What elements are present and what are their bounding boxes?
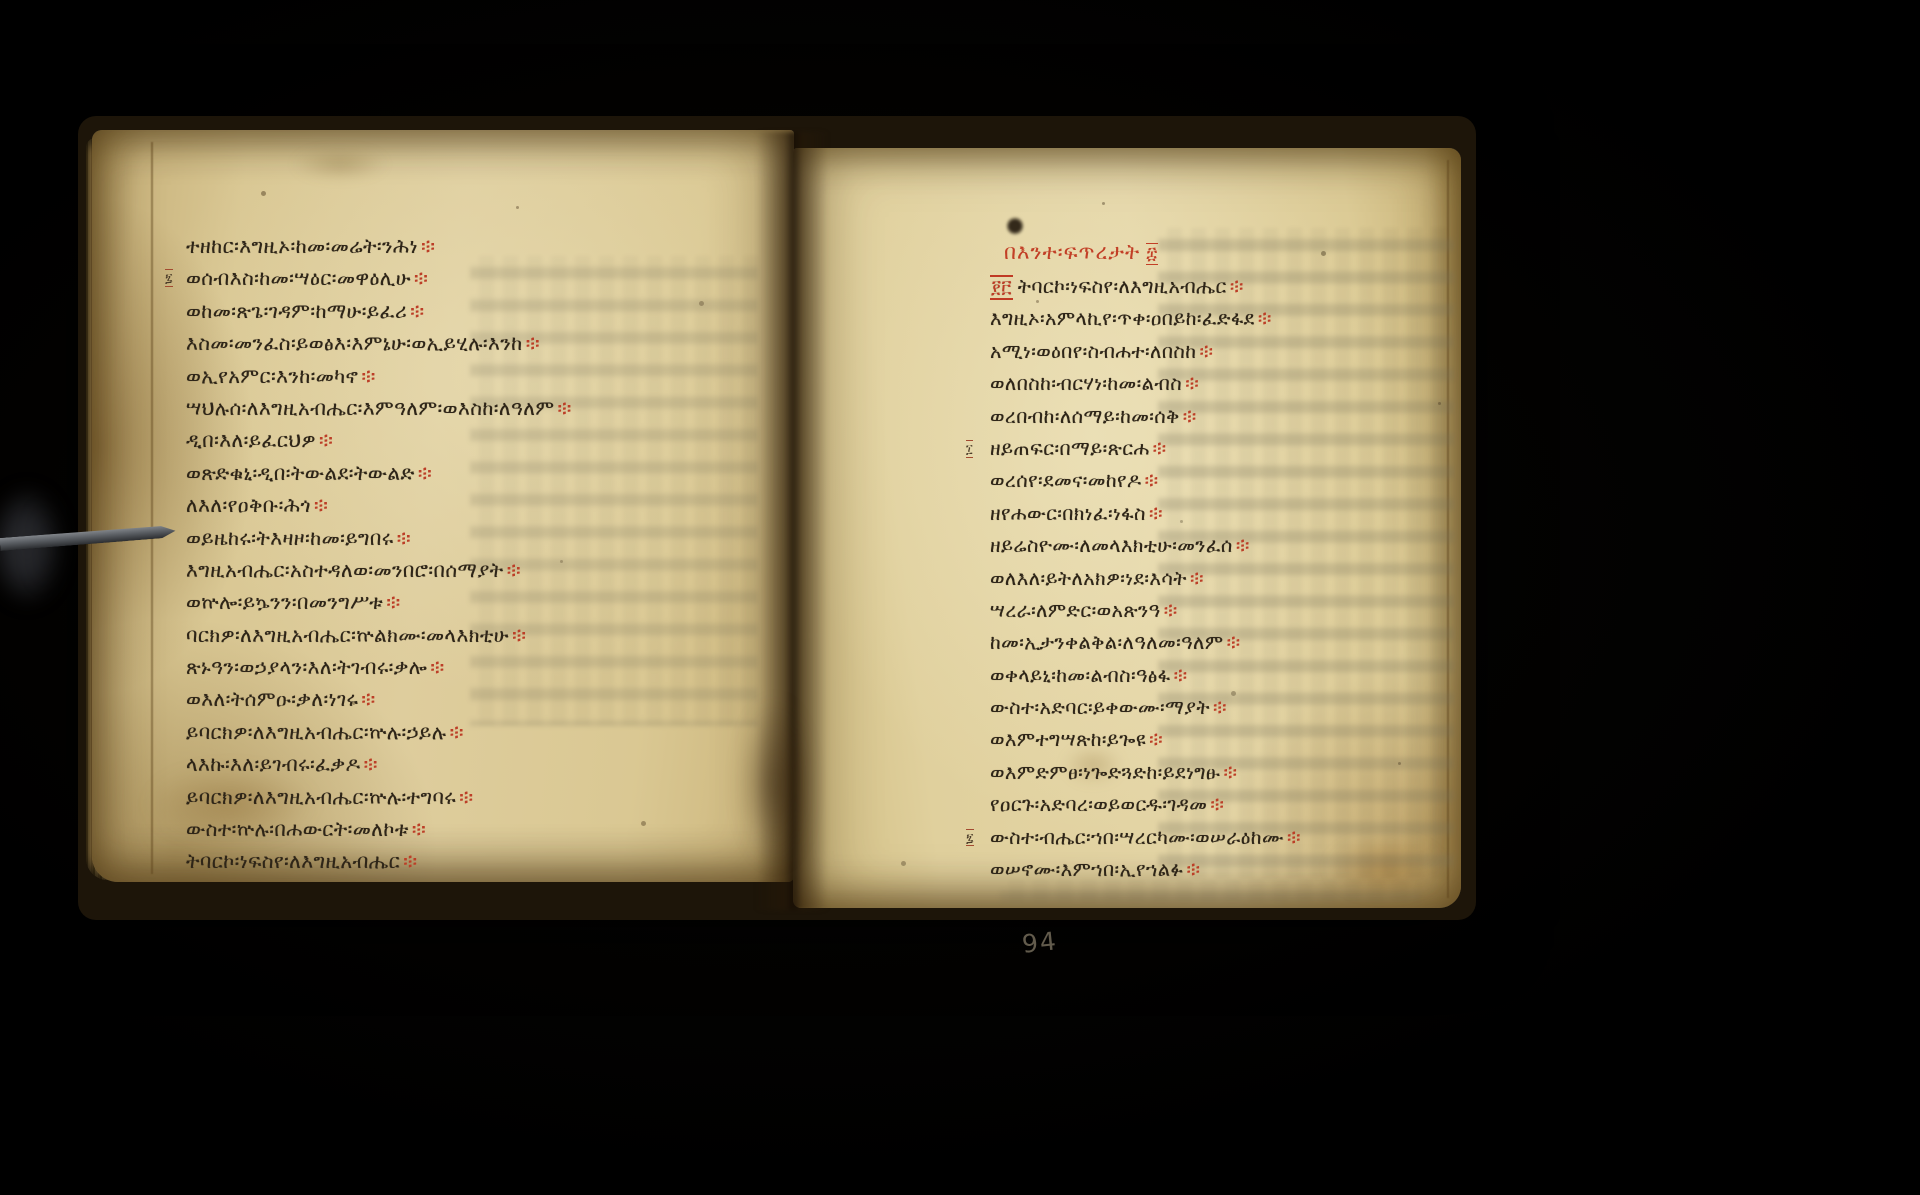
verse-end-cross: ፨	[316, 428, 333, 452]
manuscript-line: ይባርክዎ፡ለእግዚአብሔር፡ኵሉ፡ተግባሩ፨	[186, 781, 572, 813]
verse-end-cross: ፨	[361, 752, 378, 776]
verse-end-cross: ፨	[1142, 469, 1159, 492]
verse-end-cross: ፨	[394, 526, 411, 550]
line-text: ወጽድቁኒ፡ዲበ፡ትውልደ፡ትውልድ	[186, 461, 415, 485]
verse-end-cross: ፨	[1223, 631, 1240, 654]
line-text: ወይዜከሩ፡ትእዛዞ፡ከመ፡ይግበሩ	[186, 526, 394, 550]
verse-end-cross: ፨	[358, 364, 375, 388]
manuscript-line: ከመ፡ኢታንቀልቅል፡ለዓለመ፡ዓለም፨	[990, 627, 1301, 659]
verse-end-cross: ፨	[427, 655, 444, 679]
line-text: ውስተ፡ኵሉ፡በሐውርት፡መለኮቱ	[186, 817, 409, 841]
margin-numeral-mark: ፯	[165, 269, 173, 287]
line-text: ወረበብከ፡ለሰማይ፡ከመ፡ሰቅ	[990, 405, 1180, 428]
line-text: ወሠኖሙ፡እምኀበ፡ኢየኀልፉ	[990, 858, 1183, 881]
verse-end-cross: ፨	[358, 687, 375, 711]
manuscript-line: ፻፫ትባርኮ፡ነፍስየ፡ለእግዚአብሔር፨	[990, 271, 1301, 303]
manuscript-line: ወለበስከ፡ብርሃነ፡ከመ፡ልብስ፨	[990, 368, 1301, 400]
chapter-heading-rubric: በእንተ፡ፍጥረታት፰	[1004, 236, 1158, 268]
chapter-heading-text: በእንተ፡ፍጥረታት	[1004, 240, 1140, 264]
line-text: ይባርክዎ፡ለእግዚአብሔር፡ኵሉ፡ተግባሩ	[186, 785, 456, 809]
verse-end-cross: ፨	[1146, 502, 1163, 525]
manuscript-line: ውስተ፡ኵሉ፡በሐውርት፡መለኮቱ፨	[186, 813, 572, 845]
manuscript-line: ዘየሐውር፡በክነፈ፡ነፋስ፨	[990, 498, 1301, 530]
line-text: ወእለ፡ትሰምዑ፡ቃለ፡ነገሩ	[186, 687, 358, 711]
line-text: እግዚአብሔር፡አስተዳለወ፡መንበሮ፡በሰማያት	[186, 558, 504, 582]
manuscript-line: ወሰብእስ፡ከመ፡ሣዕር፡መዋዕሊሁ፨	[186, 262, 572, 294]
verse-end-cross: ፨	[1182, 372, 1199, 395]
line-text: ዲበ፡እለ፡ይፈርህዎ	[186, 428, 316, 452]
verse-end-cross: ፨	[415, 461, 432, 485]
verse-end-cross: ፨	[456, 785, 473, 809]
line-text: ወቀላይኒ፡ከመ፡ልብስ፡ዓፅፋ	[990, 664, 1170, 687]
line-text: ወኢየአምር፡እንከ፡መካኖ	[186, 364, 358, 388]
book-spine-gutter	[756, 132, 828, 910]
manuscript-line: ወሠኖሙ፡እምኀበ፡ኢየኀልፉ፨	[990, 854, 1301, 886]
line-text: እግዚኦ፡አምላኪየ፡ጥቀ፡ዐበይከ፡ፈድፋደ	[990, 307, 1255, 330]
verse-end-cross: ፨	[411, 266, 428, 290]
line-text: እስመ፡መንፈስ፡ይወፅእ፡እምኔሁ፡ወኢይሂሉ፡እንከ	[186, 331, 523, 355]
manuscript-line: እግዚአብሔር፡አስተዳለወ፡መንበሮ፡በሰማያት፨	[186, 554, 572, 586]
manuscript-line: ወቀላይኒ፡ከመ፡ልብስ፡ዓፅፋ፨	[990, 660, 1301, 692]
manuscript-line: ዲበ፡እለ፡ይፈርህዎ፨	[186, 424, 572, 456]
line-text: ወከመ፡ጽጌ፡ገዳም፡ከማሁ፡ይፈሪ	[186, 299, 407, 323]
line-text: ትባርኮ፡ነፍስየ፡ለእግዚአብሔር	[186, 849, 400, 873]
verse-end-cross: ፨	[1207, 793, 1224, 816]
photo-stage: ተዘከር፡እግዚኦ፡ከመ፡መሬት፡ንሕነ፨ወሰብእስ፡ከመ፡ሣዕር፡መዋዕሊሁ፨…	[0, 0, 1920, 1195]
manuscript-line: ውስተ፡አድባር፡ይቀውሙ፡ማያት፨	[990, 692, 1301, 724]
manuscript-line: ጽኑዓን፡ወኃያላን፡እለ፡ትገብሩ፡ቃሎ፨	[186, 651, 572, 683]
verse-end-cross: ፨	[1187, 567, 1204, 590]
line-text: ወለእለ፡ይትለአክዎ፡ነደ፡እሳት	[990, 567, 1187, 590]
line-text: ሣረራ፡ለምድር፡ወአጽንዓ	[990, 599, 1161, 622]
verse-end-cross: ፨	[504, 558, 521, 582]
pencil-page-number: 94	[1021, 926, 1060, 959]
line-text: ውስተ፡ብሔር፡ኀበ፡ሣረርካሙ፡ወሠራዕከሙ	[990, 826, 1284, 849]
manuscript-line: እግዚኦ፡አምላኪየ፡ጥቀ፡ዐበይከ፡ፈድፋደ፨	[990, 303, 1301, 335]
verse-end-cross: ፨	[409, 817, 426, 841]
line-text: ወኵሎ፡ይኴንን፡በመንግሥቱ	[186, 590, 383, 614]
right-page-crease	[1447, 160, 1449, 898]
manuscript-line: ወይዜከሩ፡ትእዛዞ፡ከመ፡ይግበሩ፨	[186, 522, 572, 554]
line-text: ትባርኮ፡ነፍስየ፡ለእግዚአብሔር	[1018, 275, 1227, 298]
verse-end-cross: ፨	[523, 331, 540, 355]
manuscript-line: ወለእለ፡ይትለአክዎ፡ነደ፡እሳት፨	[990, 563, 1301, 595]
verse-end-cross: ፨	[1146, 728, 1163, 751]
manuscript-line: ወእምድምፀ፡ነጐድጓድከ፡ይደነግፁ፨	[990, 757, 1301, 789]
line-text: ውስተ፡አድባር፡ይቀውሙ፡ማያት	[990, 696, 1210, 719]
line-text: ጽኑዓን፡ወኃያላን፡እለ፡ትገብሩ፡ቃሎ	[186, 655, 427, 679]
manuscript-line: ወከመ፡ጽጌ፡ገዳም፡ከማሁ፡ይፈሪ፨	[186, 295, 572, 327]
ink-specks	[0, 0, 3, 3]
line-text: ለእለ፡የዐቅቡ፡ሕጎ	[186, 493, 311, 517]
verse-end-cross: ፨	[554, 396, 571, 420]
verse-end-cross: ፨	[1150, 437, 1167, 460]
right-page-text-column: ፻፫ትባርኮ፡ነፍስየ፡ለእግዚአብሔር፨እግዚኦ፡አምላኪየ፡ጥቀ፡ዐበይከ፡…	[990, 271, 1301, 886]
manuscript-line: ላእኩ፡እለ፡ይገብሩ፡ፈቃዶ፨	[186, 748, 572, 780]
manuscript-line: ሣረራ፡ለምድር፡ወአጽንዓ፨	[990, 595, 1301, 627]
manuscript-line: ወኢየአምር፡እንከ፡መካኖ፨	[186, 360, 572, 392]
line-text: ይባርክዎ፡ለእግዚአብሔር፡ኵሉ፡ኃይሉ	[186, 720, 446, 744]
manuscript-line: ባርክዎ፡ለእግዚአብሔር፡ኵልክሙ፡መላእክቲሁ፨	[186, 619, 572, 651]
manuscript-line: ወረሰየ፡ደመና፡መከየዶ፨	[990, 465, 1301, 497]
verse-end-cross: ፨	[1233, 534, 1250, 557]
verse-end-cross: ፨	[383, 590, 400, 614]
line-text: ዘየሐውር፡በክነፈ፡ነፋስ	[990, 502, 1146, 525]
line-text: የዐርጉ፡አድባረ፡ወይወርዱ፡ገዳመ	[990, 793, 1207, 816]
manuscript-line: ተዘከር፡እግዚኦ፡ከመ፡መሬት፡ንሕነ፨	[186, 230, 572, 262]
line-text: አሚነ፡ወዕበየ፡ስብሐተ፡ለበስከ	[990, 340, 1196, 363]
line-text: ወሰብእስ፡ከመ፡ሣዕር፡መዋዕሊሁ	[186, 266, 411, 290]
manuscript-line: ወኵሎ፡ይኴንን፡በመንግሥቱ፨	[186, 586, 572, 618]
margin-numeral-mark: ፲	[966, 440, 973, 458]
manuscript-line: ሣህሉሰ፡ለእግዚአብሔር፡እምዓለም፡ወእስከ፡ለዓለም፨	[186, 392, 572, 424]
manuscript-line: እስመ፡መንፈስ፡ይወፅእ፡እምኔሁ፡ወኢይሂሉ፡እንከ፨	[186, 327, 572, 359]
manuscript-line: ወእምተግሣጽከ፡ይጐዩ፨	[990, 724, 1301, 756]
manuscript-line: ይባርክዎ፡ለእግዚአብሔር፡ኵሉ፡ኃይሉ፨	[186, 716, 572, 748]
margin-numeral-mark: ፯	[966, 829, 974, 847]
verse-end-cross: ፨	[1220, 761, 1237, 784]
manuscript-line: ዘይጠፍር፡በማይ፡ጽርሐ፨	[990, 433, 1301, 465]
line-text: ከመ፡ኢታንቀልቅል፡ለዓለመ፡ዓለም	[990, 631, 1223, 654]
verse-end-cross: ፨	[1183, 858, 1200, 881]
line-text: ሣህሉሰ፡ለእግዚአብሔር፡እምዓለም፡ወእስከ፡ለዓለም	[186, 396, 554, 420]
verse-end-cross: ፨	[1196, 340, 1213, 363]
left-page-text-column: ተዘከር፡እግዚኦ፡ከመ፡መሬት፡ንሕነ፨ወሰብእስ፡ከመ፡ሣዕር፡መዋዕሊሁ፨…	[186, 230, 572, 878]
verse-end-cross: ፨	[446, 720, 463, 744]
line-text: ወረሰየ፡ደመና፡መከየዶ	[990, 469, 1142, 492]
line-text: ወእምተግሣጽከ፡ይጐዩ	[990, 728, 1146, 751]
line-text: ተዘከር፡እግዚኦ፡ከመ፡መሬት፡ንሕነ	[186, 234, 418, 258]
verse-end-cross: ፨	[400, 849, 417, 873]
manuscript-line: ወረበብከ፡ለሰማይ፡ከመ፡ሰቅ፨	[990, 401, 1301, 433]
manuscript-line: የዐርጉ፡አድባረ፡ወይወርዱ፡ገዳመ፨	[990, 789, 1301, 821]
verse-end-cross: ፨	[1161, 599, 1178, 622]
verse-end-cross: ፨	[1210, 696, 1227, 719]
verse-end-cross: ፨	[407, 299, 424, 323]
line-text: ባርክዎ፡ለእግዚአብሔር፡ኵልክሙ፡መላእክቲሁ	[186, 623, 509, 647]
verse-end-cross: ፨	[509, 623, 526, 647]
manuscript-line: ለእለ፡የዐቅቡ፡ሕጎ፨	[186, 489, 572, 521]
manuscript-line: ወእለ፡ትሰምዑ፡ቃለ፡ነገሩ፨	[186, 683, 572, 715]
line-text: ላእኩ፡እለ፡ይገብሩ፡ፈቃዶ	[186, 752, 361, 776]
manuscript-line: ወጽድቁኒ፡ዲበ፡ትውልደ፡ትውልድ፨	[186, 457, 572, 489]
heading-ornament: ፰	[1146, 243, 1158, 265]
verse-end-cross: ፨	[311, 493, 328, 517]
verse-end-cross: ፨	[1284, 826, 1301, 849]
manuscript-line: ውስተ፡ብሔር፡ኀበ፡ሣረርካሙ፡ወሠራዕከሙ፨	[990, 822, 1301, 854]
psalm-number-rubric: ፻፫	[990, 275, 1013, 300]
line-text: ወለበስከ፡ብርሃነ፡ከመ፡ልብስ	[990, 372, 1182, 395]
manuscript-line: አሚነ፡ወዕበየ፡ስብሐተ፡ለበስከ፨	[990, 336, 1301, 368]
manuscript-line: ዘይሬስዮሙ፡ለመላእክቲሁ፡መንፈሰ፨	[990, 530, 1301, 562]
line-text: ዘይሬስዮሙ፡ለመላእክቲሁ፡መንፈሰ	[990, 534, 1233, 557]
verse-end-cross: ፨	[1227, 275, 1244, 298]
verse-end-cross: ፨	[1255, 307, 1272, 330]
line-text: ወእምድምፀ፡ነጐድጓድከ፡ይደነግፁ	[990, 761, 1220, 784]
manuscript-line: ትባርኮ፡ነፍስየ፡ለእግዚአብሔር፨	[186, 845, 572, 877]
verse-end-cross: ፨	[1180, 405, 1197, 428]
line-text: ዘይጠፍር፡በማይ፡ጽርሐ	[990, 437, 1150, 460]
left-page-crease	[151, 142, 153, 874]
verse-end-cross: ፨	[418, 234, 435, 258]
verse-end-cross: ፨	[1170, 664, 1187, 687]
